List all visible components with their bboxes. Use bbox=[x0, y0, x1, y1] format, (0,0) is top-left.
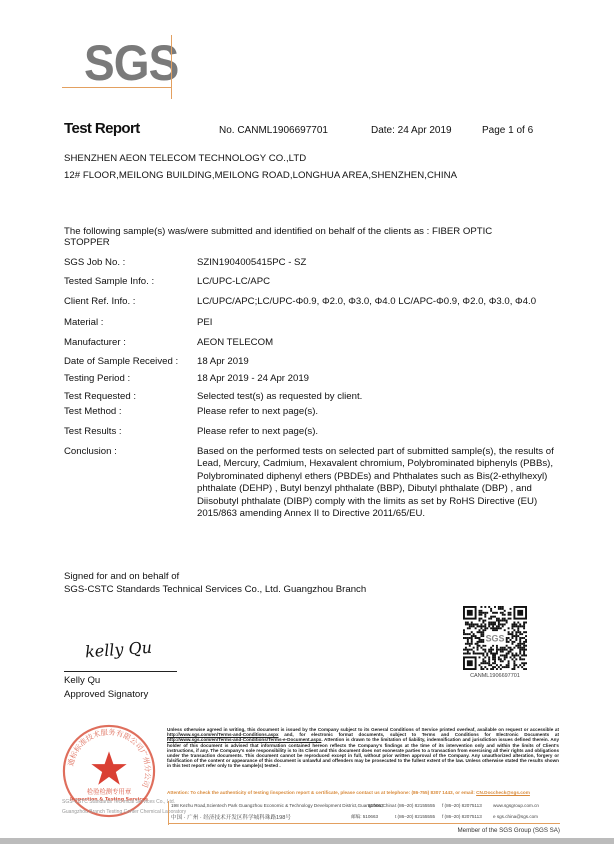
field-value-test-method: Please refer to next page(s). bbox=[197, 406, 318, 417]
logo-vertical-rule bbox=[171, 35, 172, 99]
sample-intro: The following sample(s) was/were submitt… bbox=[64, 226, 534, 248]
svg-text:SGS: SGS bbox=[486, 633, 505, 643]
footer-fax-cn: f (86–20) 82075113 bbox=[442, 814, 482, 819]
conclusion-text: Based on the performed tests on selected… bbox=[197, 446, 559, 520]
field-label-test-requested: Test Requested : bbox=[64, 391, 136, 402]
footer-fax-en: f (86–20) 82075113 bbox=[442, 803, 482, 808]
qr-caption: CANML1906697701 bbox=[456, 673, 534, 679]
page-bottom-edge bbox=[0, 838, 614, 844]
field-value-test-requested: Selected test(s) as requested by client. bbox=[197, 391, 362, 402]
field-label-testing-period: Testing Period : bbox=[64, 373, 130, 384]
field-value-client-ref: LC/UPC/APC;LC/UPC-Φ0.9, Φ2.0, Φ3.0, Φ4.0… bbox=[197, 296, 536, 307]
field-value-testing-period: 18 Apr 2019 - 24 Apr 2019 bbox=[197, 373, 309, 384]
report-number: No. CANML1906697701 bbox=[219, 125, 328, 136]
signing-company: SGS-CSTC Standards Technical Services Co… bbox=[64, 584, 366, 595]
conclusion-label: Conclusion : bbox=[64, 446, 117, 457]
footer-email[interactable]: e sgs.china@sgs.com bbox=[493, 814, 538, 819]
logo-horizontal-rule bbox=[62, 87, 172, 88]
field-label-test-method: Test Method : bbox=[64, 406, 122, 417]
field-label-date-received: Date of Sample Received : bbox=[64, 356, 178, 367]
handwritten-signature: kelly Qu bbox=[84, 638, 152, 662]
attention-text: Attention: To check the authenticity of … bbox=[167, 790, 476, 795]
signature-line bbox=[64, 671, 177, 672]
signatory-name: Kelly Qu bbox=[64, 675, 100, 686]
footer-postcode-en: 510663 bbox=[368, 803, 383, 808]
field-label-client-ref: Client Ref. Info. : bbox=[64, 296, 135, 307]
footer-horizontal-rule bbox=[168, 823, 560, 824]
legal-disclaimer: Unless otherwise agreed in writing, this… bbox=[167, 727, 559, 769]
page-indicator: Page 1 of 6 bbox=[482, 125, 533, 136]
footer-vertical-rule bbox=[168, 801, 169, 825]
footer-address-cn: 中国 · 广州 · 经济技术开发区科学城科珠路198号 bbox=[171, 813, 291, 821]
field-label-manufacturer: Manufacturer : bbox=[64, 337, 126, 348]
test-report-page: SGS Test Report No. CANML1906697701 Date… bbox=[0, 0, 614, 844]
client-name: SHENZHEN AEON TELECOM TECHNOLOGY CO.,LTD bbox=[64, 153, 306, 164]
footer-website[interactable]: www.sgsgroup.com.cn bbox=[493, 803, 539, 808]
field-label-sample-info: Tested Sample Info. : bbox=[64, 276, 154, 287]
field-value-material: PEI bbox=[197, 317, 212, 328]
official-seal-icon: 通标标准技术服务有限公司广州分公司 检验检测专用章 Inspection & T… bbox=[60, 722, 158, 820]
doccheck-email-link[interactable]: CN.Doccheck@sgs.com bbox=[476, 790, 530, 795]
field-value-manufacturer: AEON TELECOM bbox=[197, 337, 273, 348]
field-value-job-no: SZIN1904005415PC - SZ bbox=[197, 257, 306, 268]
client-address: 12# FLOOR,MEILONG BUILDING,MEILONG ROAD,… bbox=[64, 170, 457, 181]
field-value-sample-info: LC/UPC-LC/APC bbox=[197, 276, 270, 287]
signatory-title: Approved Signatory bbox=[64, 689, 148, 700]
stamp-company-line: SGS-CSTC Standards Technical Services Co… bbox=[62, 799, 175, 805]
field-label-test-results: Test Results : bbox=[64, 426, 122, 437]
disclaimer-text-3: . Attention is drawn to the limitation o… bbox=[167, 737, 559, 768]
signed-on-behalf-label: Signed for and on behalf of bbox=[64, 571, 179, 582]
footer-postcode-cn: 邮编: 510663 bbox=[351, 814, 378, 820]
field-label-material: Material : bbox=[64, 317, 103, 328]
qr-code-icon[interactable]: SGS bbox=[462, 606, 528, 670]
sgs-group-membership: Member of the SGS Group (SGS SA) bbox=[380, 827, 560, 834]
field-label-job-no: SGS Job No. : bbox=[64, 257, 125, 268]
report-title: Test Report bbox=[64, 120, 140, 137]
sgs-logo: SGS bbox=[84, 38, 178, 88]
footer-tel-cn: t (86–20) 82155555 bbox=[395, 814, 435, 819]
report-date: Date: 24 Apr 2019 bbox=[371, 125, 452, 136]
footer-tel-en: t (86–20) 82155555 bbox=[395, 803, 435, 808]
field-value-date-received: 18 Apr 2019 bbox=[197, 356, 249, 367]
footer-address-en: 198 Kezhu Road,Scientech Park Guangzhou … bbox=[171, 803, 395, 808]
authenticity-notice: Attention: To check the authenticity of … bbox=[167, 790, 559, 795]
field-value-test-results: Please refer to next page(s). bbox=[197, 426, 318, 437]
svg-text:检验检测专用章: 检验检测专用章 bbox=[87, 787, 132, 796]
